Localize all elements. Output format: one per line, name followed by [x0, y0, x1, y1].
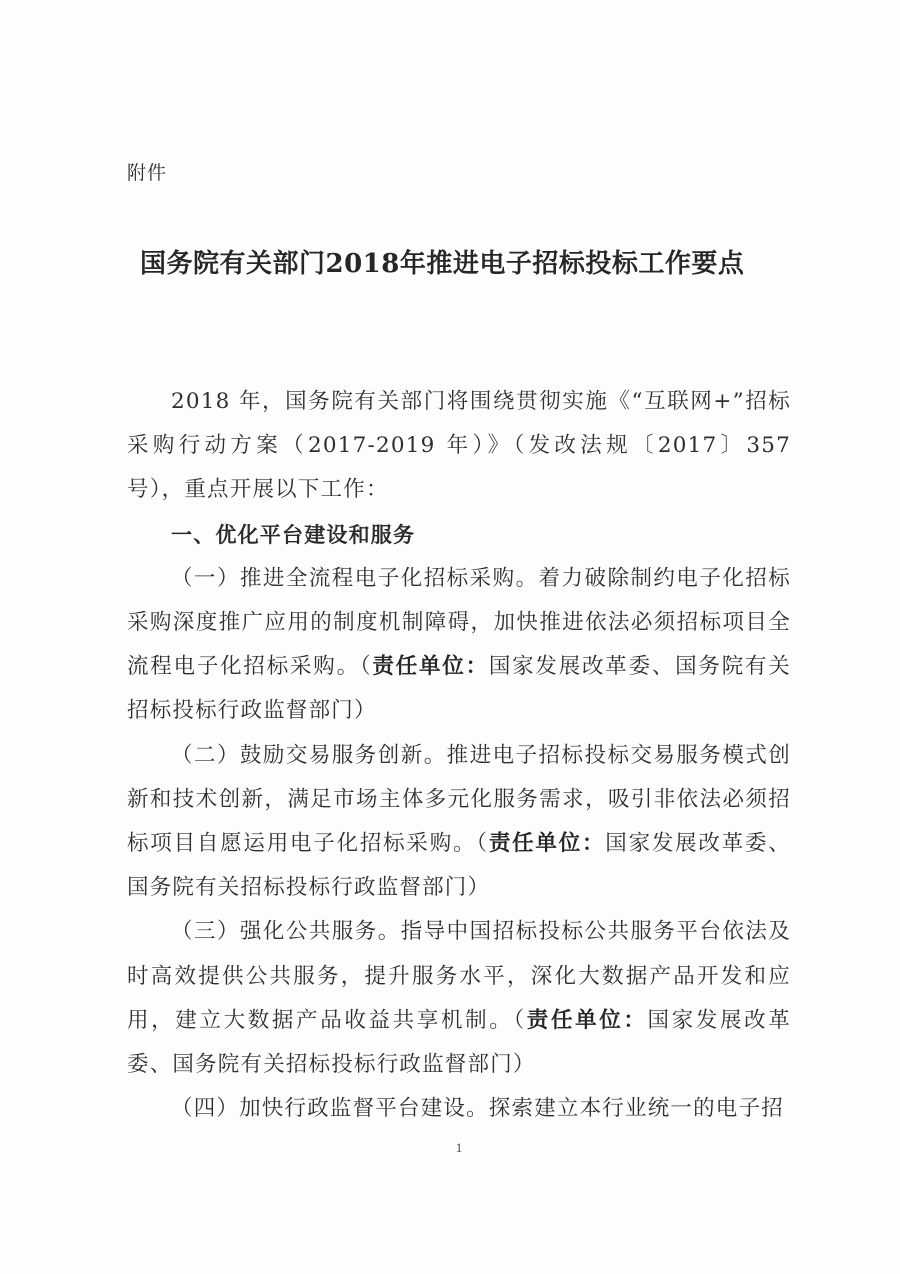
item-paragraph-4: （四）加快行政监督平台建设。探索建立本行业统一的电子招	[127, 1087, 791, 1131]
responsibility-label: 责任单位：	[489, 831, 605, 856]
responsibility-label: 责任单位：	[527, 1008, 648, 1033]
item-paragraph-3: （三）强化公共服务。指导中国招标投标公共服务平台依法及时高效提供公共服务，提升服…	[127, 910, 791, 1087]
resp-open: （	[476, 831, 489, 856]
resp-open: （	[360, 654, 373, 679]
resp-open: （	[513, 1008, 526, 1033]
item-label: （四）	[171, 1096, 239, 1121]
resp-close: ）	[513, 1052, 536, 1077]
item-label: （三）	[171, 919, 240, 944]
page-number: 1	[444, 1140, 474, 1156]
document-page: 附件 国务院有关部门2018年推进电子招标投标工作要点 2018 年，国务院有关…	[0, 0, 900, 1274]
item-label: （二）	[171, 743, 240, 768]
attachment-label: 附件	[127, 158, 167, 185]
item-paragraph-1: （一）推进全流程电子化招标采购。着力破除制约电子化招标采购深度推广应用的制度机制…	[127, 557, 791, 734]
resp-close: ）	[354, 698, 377, 723]
item-text: 加快行政监督平台建设。探索建立本行业统一的电子招	[239, 1096, 784, 1121]
intro-paragraph: 2018 年，国务院有关部门将围绕贯彻实施《“互联网+”招标采购行动方案（201…	[127, 380, 791, 513]
resp-close: ）	[468, 875, 491, 900]
document-title: 国务院有关部门2018年推进电子招标投标工作要点	[140, 243, 780, 280]
responsibility-label: 责任单位：	[372, 654, 488, 679]
section-heading: 一、优化平台建设和服务	[127, 513, 791, 557]
document-body: 2018 年，国务院有关部门将围绕贯彻实施《“互联网+”招标采购行动方案（201…	[127, 380, 791, 1131]
item-label: （一）	[171, 566, 240, 591]
item-paragraph-2: （二）鼓励交易服务创新。推进电子招标投标交易服务模式创新和技术创新，满足市场主体…	[127, 734, 791, 911]
